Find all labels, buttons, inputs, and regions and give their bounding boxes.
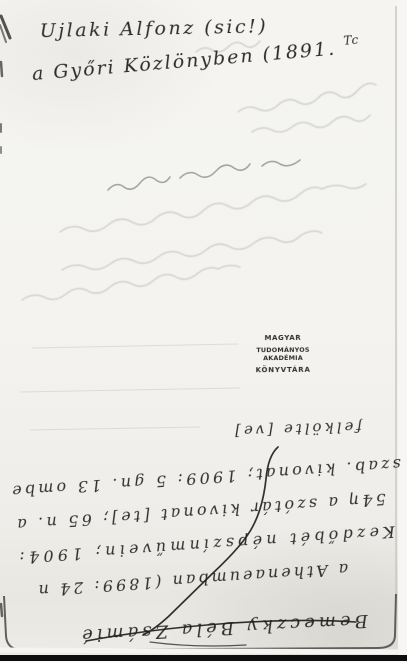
- pencil-scribble-line: [108, 160, 300, 190]
- stamp-line-magyar: MAGYAR: [240, 334, 326, 343]
- scanned-document-page: Ujlaki Alfonz (sic!) a Győri Közlönyben …: [0, 0, 407, 663]
- faint-rule-lines: [20, 344, 240, 430]
- stamp-line-akademia: TUDOMÁNYOS AKADÉMIA: [240, 346, 326, 363]
- scan-edge-nicks: [0, 16, 10, 616]
- stamp-line-konyvtara: KÖNYVTÁRA: [240, 366, 326, 375]
- library-stamp: MAGYAR TUDOMÁNYOS AKADÉMIA KÖNYVTÁRA: [240, 334, 326, 375]
- handwritten-superscript: Tc: [343, 33, 360, 48]
